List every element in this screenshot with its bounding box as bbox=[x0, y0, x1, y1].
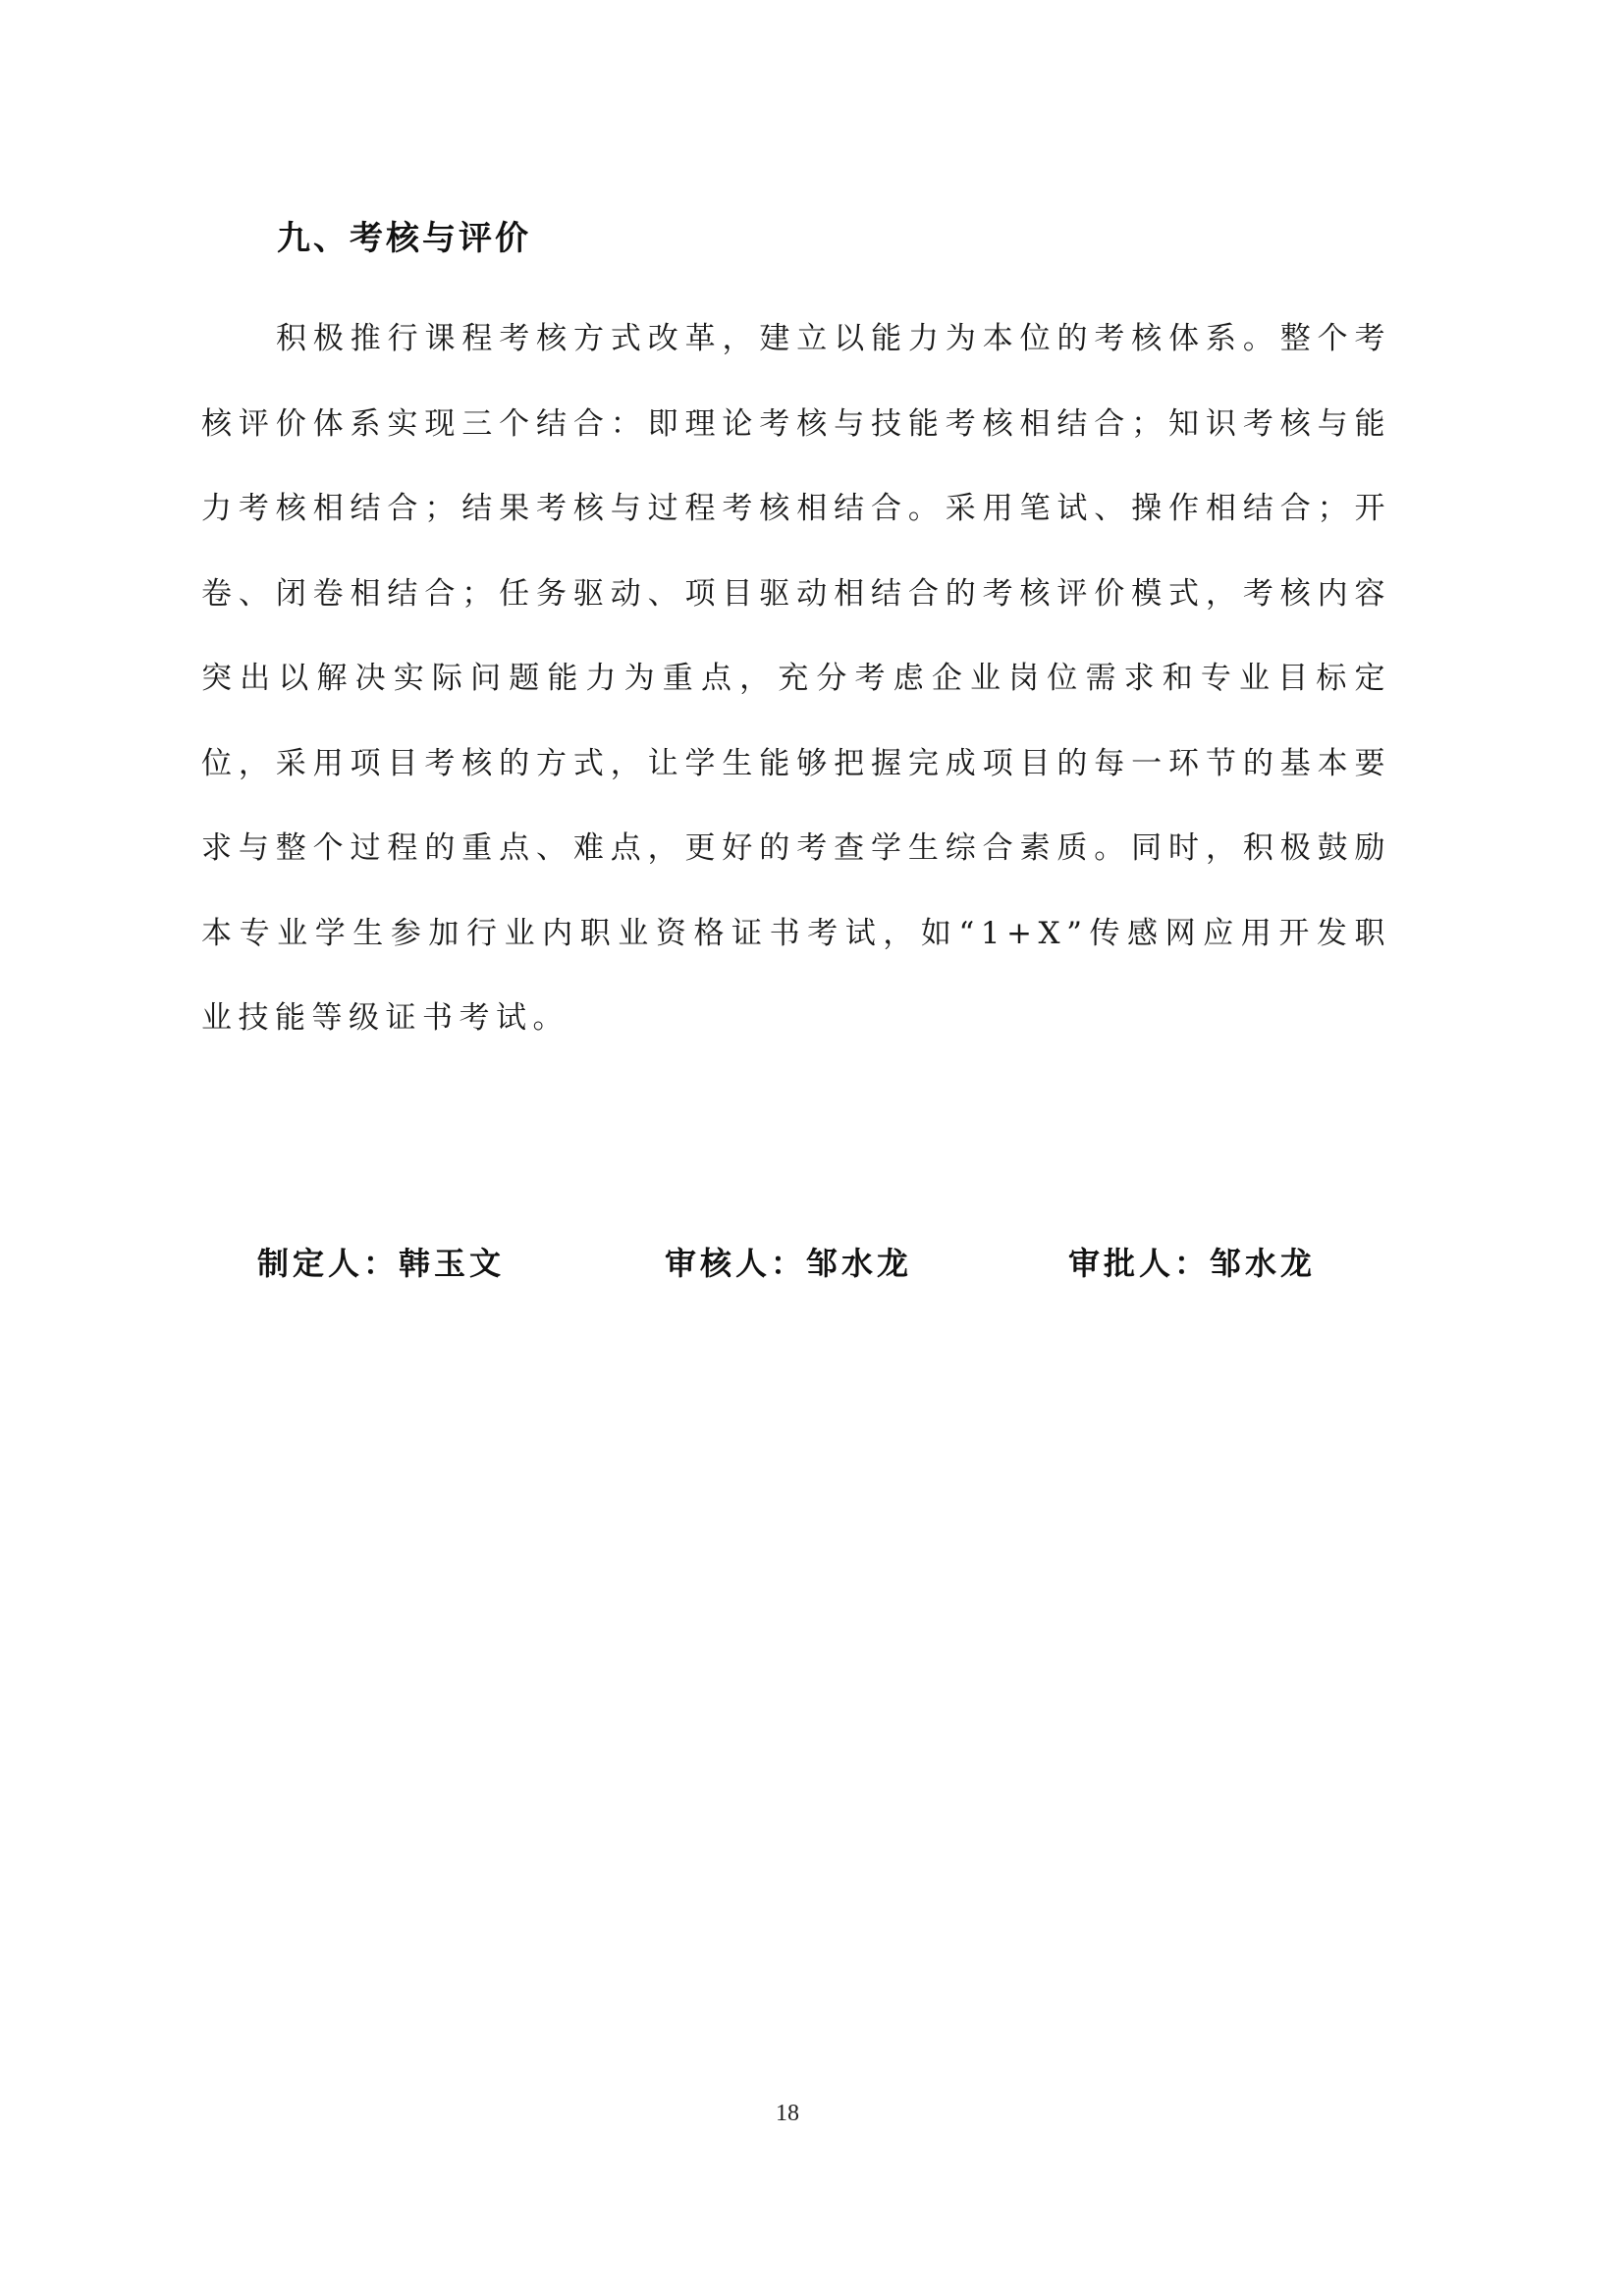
signature-drafter: 制定人：韩玉文 bbox=[257, 1239, 505, 1284]
signature-name: 邹水龙 bbox=[1210, 1245, 1316, 1282]
section-paragraph: 积极推行课程考核方式改革，建立以能力为本位的考核体系。整个考核评价体系实现三个结… bbox=[201, 296, 1391, 1061]
section-heading: 九、考核与评价 bbox=[277, 214, 531, 263]
signature-role: 审核人： bbox=[665, 1245, 806, 1282]
signature-block: 制定人：韩玉文 审核人：邹水龙 审批人：邹水龙 bbox=[257, 1239, 1377, 1288]
document-page: 九、考核与评价 积极推行课程考核方式改革，建立以能力为本位的考核体系。整个考核评… bbox=[0, 0, 1624, 2296]
signature-name: 邹水龙 bbox=[806, 1245, 912, 1282]
page-number: 18 bbox=[0, 2101, 1575, 2127]
signature-reviewer: 审核人：邹水龙 bbox=[665, 1239, 912, 1284]
signature-role: 制定人： bbox=[257, 1245, 399, 1282]
signature-name: 韩玉文 bbox=[399, 1245, 505, 1282]
signature-approver: 审批人：邹水龙 bbox=[1068, 1239, 1316, 1284]
signature-role: 审批人： bbox=[1068, 1245, 1210, 1282]
